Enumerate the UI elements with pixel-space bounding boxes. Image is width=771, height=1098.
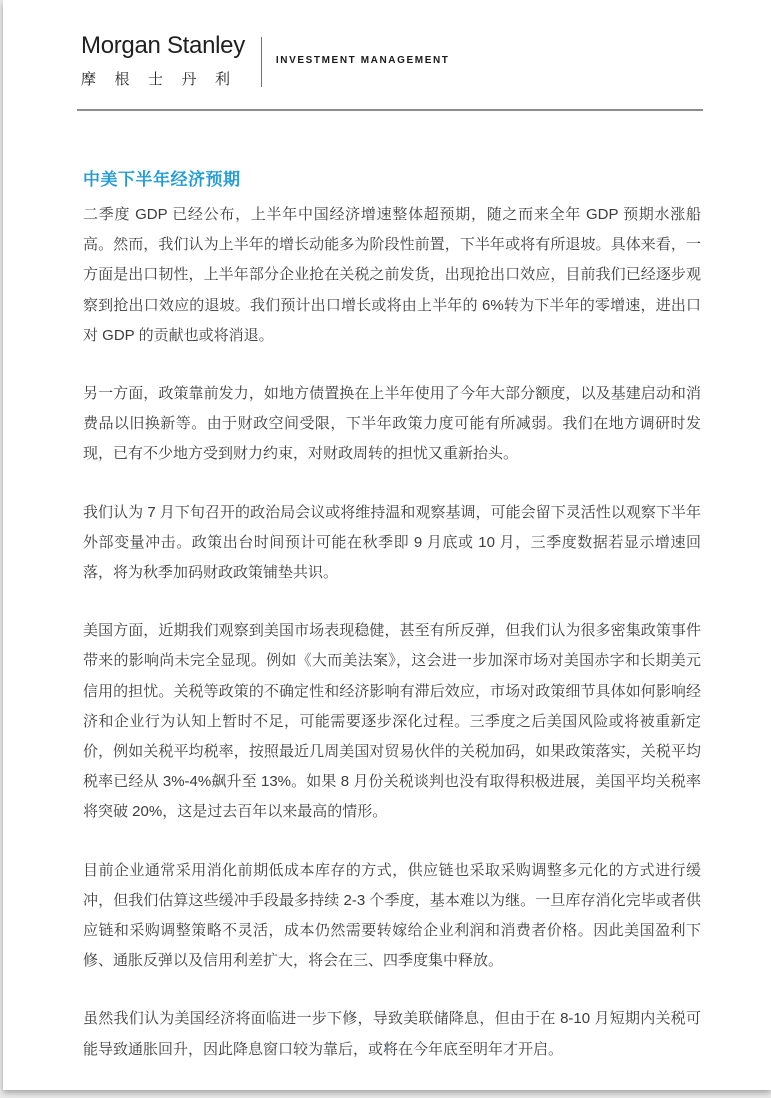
- article-body: 二季度 GDP 已经公布，上半年中国经济增速整体超预期，随之而来全年 GDP 预…: [83, 200, 701, 1093]
- document-page: Morgan Stanley 摩根士丹利 INVESTMENT MANAGEME…: [3, 0, 771, 1090]
- header-rule: [77, 109, 703, 111]
- article-title: 中美下半年经济预期: [83, 165, 241, 190]
- brand-name-english: Morgan Stanley: [81, 34, 245, 58]
- brand-name-chinese: 摩根士丹利: [81, 72, 263, 87]
- division-label: INVESTMENT MANAGEMENT: [276, 55, 450, 66]
- paragraph: 美国方面，近期我们观察到美国市场表现稳健，甚至有所反弹，但我们认为很多密集政策事…: [83, 616, 701, 827]
- paragraph: 虽然我们认为美国经济将面临进一步下修，导致美联储降息，但由于在 8-10 月短期…: [83, 1004, 701, 1064]
- paragraph: 目前企业通常采用消化前期低成本库存的方式，供应链也采取采购调整多元化的方式进行缓…: [83, 856, 701, 977]
- document-viewport: Morgan Stanley 摩根士丹利 INVESTMENT MANAGEME…: [0, 0, 771, 1098]
- paragraph: 另一方面，政策靠前发力，如地方债置换在上半年使用了今年大部分额度，以及基建启动和…: [83, 379, 701, 470]
- logo-divider: [261, 37, 262, 87]
- paragraph: 我们认为 7 月下旬召开的政治局会议或将维持温和观察基调，可能会留下灵活性以观察…: [83, 498, 701, 589]
- morgan-stanley-logo: Morgan Stanley 摩根士丹利 INVESTMENT MANAGEME…: [81, 34, 450, 87]
- page-number: 2: [3, 1042, 771, 1053]
- paragraph: 二季度 GDP 已经公布，上半年中国经济增速整体超预期，随之而来全年 GDP 预…: [83, 200, 701, 351]
- brand-wordmark: Morgan Stanley 摩根士丹利: [81, 34, 245, 87]
